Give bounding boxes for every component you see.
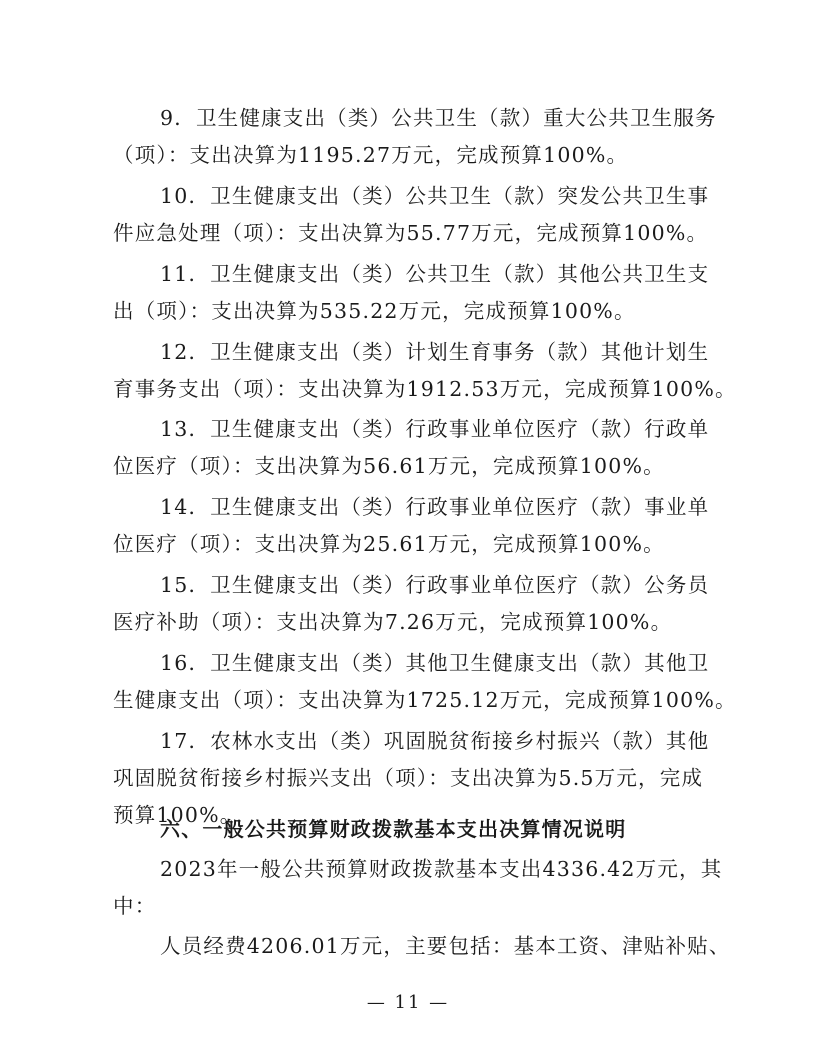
item-12-line-1: 12．卫生健康支出（类）计划生育事务（款）其他计划生 — [0, 338, 816, 366]
item-13-line-1: 13．卫生健康支出（类）行政事业单位医疗（款）行政单 — [0, 415, 816, 443]
item-16-line-1: 16．卫生健康支出（类）其他卫生健康支出（款）其他卫 — [0, 649, 816, 677]
basic-expenditure-line-2: 中： — [0, 892, 816, 920]
item-10-line-1: 10．卫生健康支出（类）公共卫生（款）突发公共卫生事 — [0, 182, 816, 210]
item-16-line-2: 生健康支出（项）：支出决算为1725.12万元，完成预算100%。 — [0, 686, 816, 714]
item-10-line-2: 件应急处理（项）：支出决算为55.77万元，完成预算100%。 — [0, 219, 816, 247]
item-14-line-1: 14．卫生健康支出（类）行政事业单位医疗（款）事业单 — [0, 493, 816, 521]
basic-expenditure-line-1: 2023年一般公共预算财政拨款基本支出4336.42万元，其 — [0, 855, 816, 883]
item-15-line-2: 医疗补助（项）：支出决算为7.26万元，完成预算100%。 — [0, 608, 816, 636]
item-17-line-2: 巩固脱贫衔接乡村振兴支出（项）：支出决算为5.5万元，完成 — [0, 764, 816, 792]
item-11-line-2: 出（项）：支出决算为535.22万元，完成预算100%。 — [0, 297, 816, 325]
item-17-line-1: 17．农林水支出（类）巩固脱贫衔接乡村振兴（款）其他 — [0, 727, 816, 755]
document-page: 9．卫生健康支出（类）公共卫生（款）重大公共卫生服务 （项）：支出决算为1195… — [0, 0, 816, 1056]
item-15-line-1: 15．卫生健康支出（类）行政事业单位医疗（款）公务员 — [0, 571, 816, 599]
item-9-line-2: （项）：支出决算为1195.27万元，完成预算100%。 — [0, 141, 816, 169]
personnel-cost-line: 人员经费4206.01万元，主要包括：基本工资、津贴补贴、 — [0, 932, 816, 960]
item-12-line-2: 育事务支出（项）：支出决算为1912.53万元，完成预算100%。 — [0, 375, 816, 403]
section-heading: 六、一般公共预算财政拨款基本支出决算情况说明 — [0, 815, 816, 843]
item-13-line-2: 位医疗（项）：支出决算为56.61万元，完成预算100%。 — [0, 452, 816, 480]
page-number: — 11 — — [0, 992, 816, 1013]
item-11-line-1: 11．卫生健康支出（类）公共卫生（款）其他公共卫生支 — [0, 260, 816, 288]
item-9-line-1: 9．卫生健康支出（类）公共卫生（款）重大公共卫生服务 — [0, 104, 816, 132]
item-14-line-2: 位医疗（项）：支出决算为25.61万元，完成预算100%。 — [0, 530, 816, 558]
